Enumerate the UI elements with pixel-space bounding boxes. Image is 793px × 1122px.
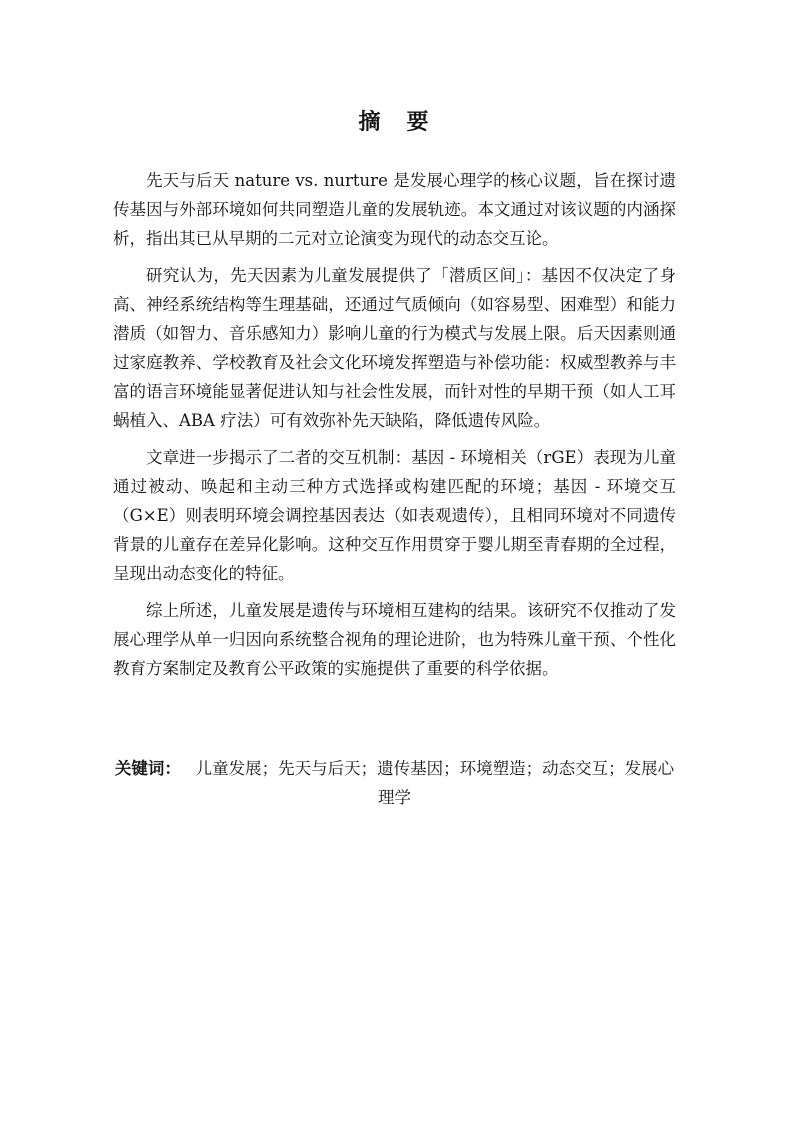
abstract-paragraph-4: 综上所述，儿童发展是遗传与环境相互建构的结果。该研究不仅推动了发展心理学从单一归… bbox=[113, 596, 676, 683]
keywords-block: 关键词：儿童发展；先天与后天；遗传基因；环境塑造；动态交互；发展心理学 bbox=[113, 754, 676, 812]
keywords-text: 儿童发展；先天与后天；遗传基因；环境塑造；动态交互；发展心理学 bbox=[196, 759, 675, 807]
abstract-paragraph-3: 文章进一步揭示了二者的交互机制：基因 - 环境相关（rGE）表现为儿童通过被动、… bbox=[113, 443, 676, 588]
abstract-paragraph-1: 先天与后天 nature vs. nurture 是发展心理学的核心议题，旨在探… bbox=[113, 166, 676, 253]
keywords-label: 关键词： bbox=[115, 759, 196, 778]
abstract-title: 摘 要 bbox=[113, 104, 676, 140]
abstract-page: 摘 要 先天与后天 nature vs. nurture 是发展心理学的核心议题… bbox=[0, 0, 793, 1122]
abstract-paragraph-2: 研究认为，先天因素为儿童发展提供了「潜质区间」：基因不仅决定了身高、神经系统结构… bbox=[113, 261, 676, 435]
